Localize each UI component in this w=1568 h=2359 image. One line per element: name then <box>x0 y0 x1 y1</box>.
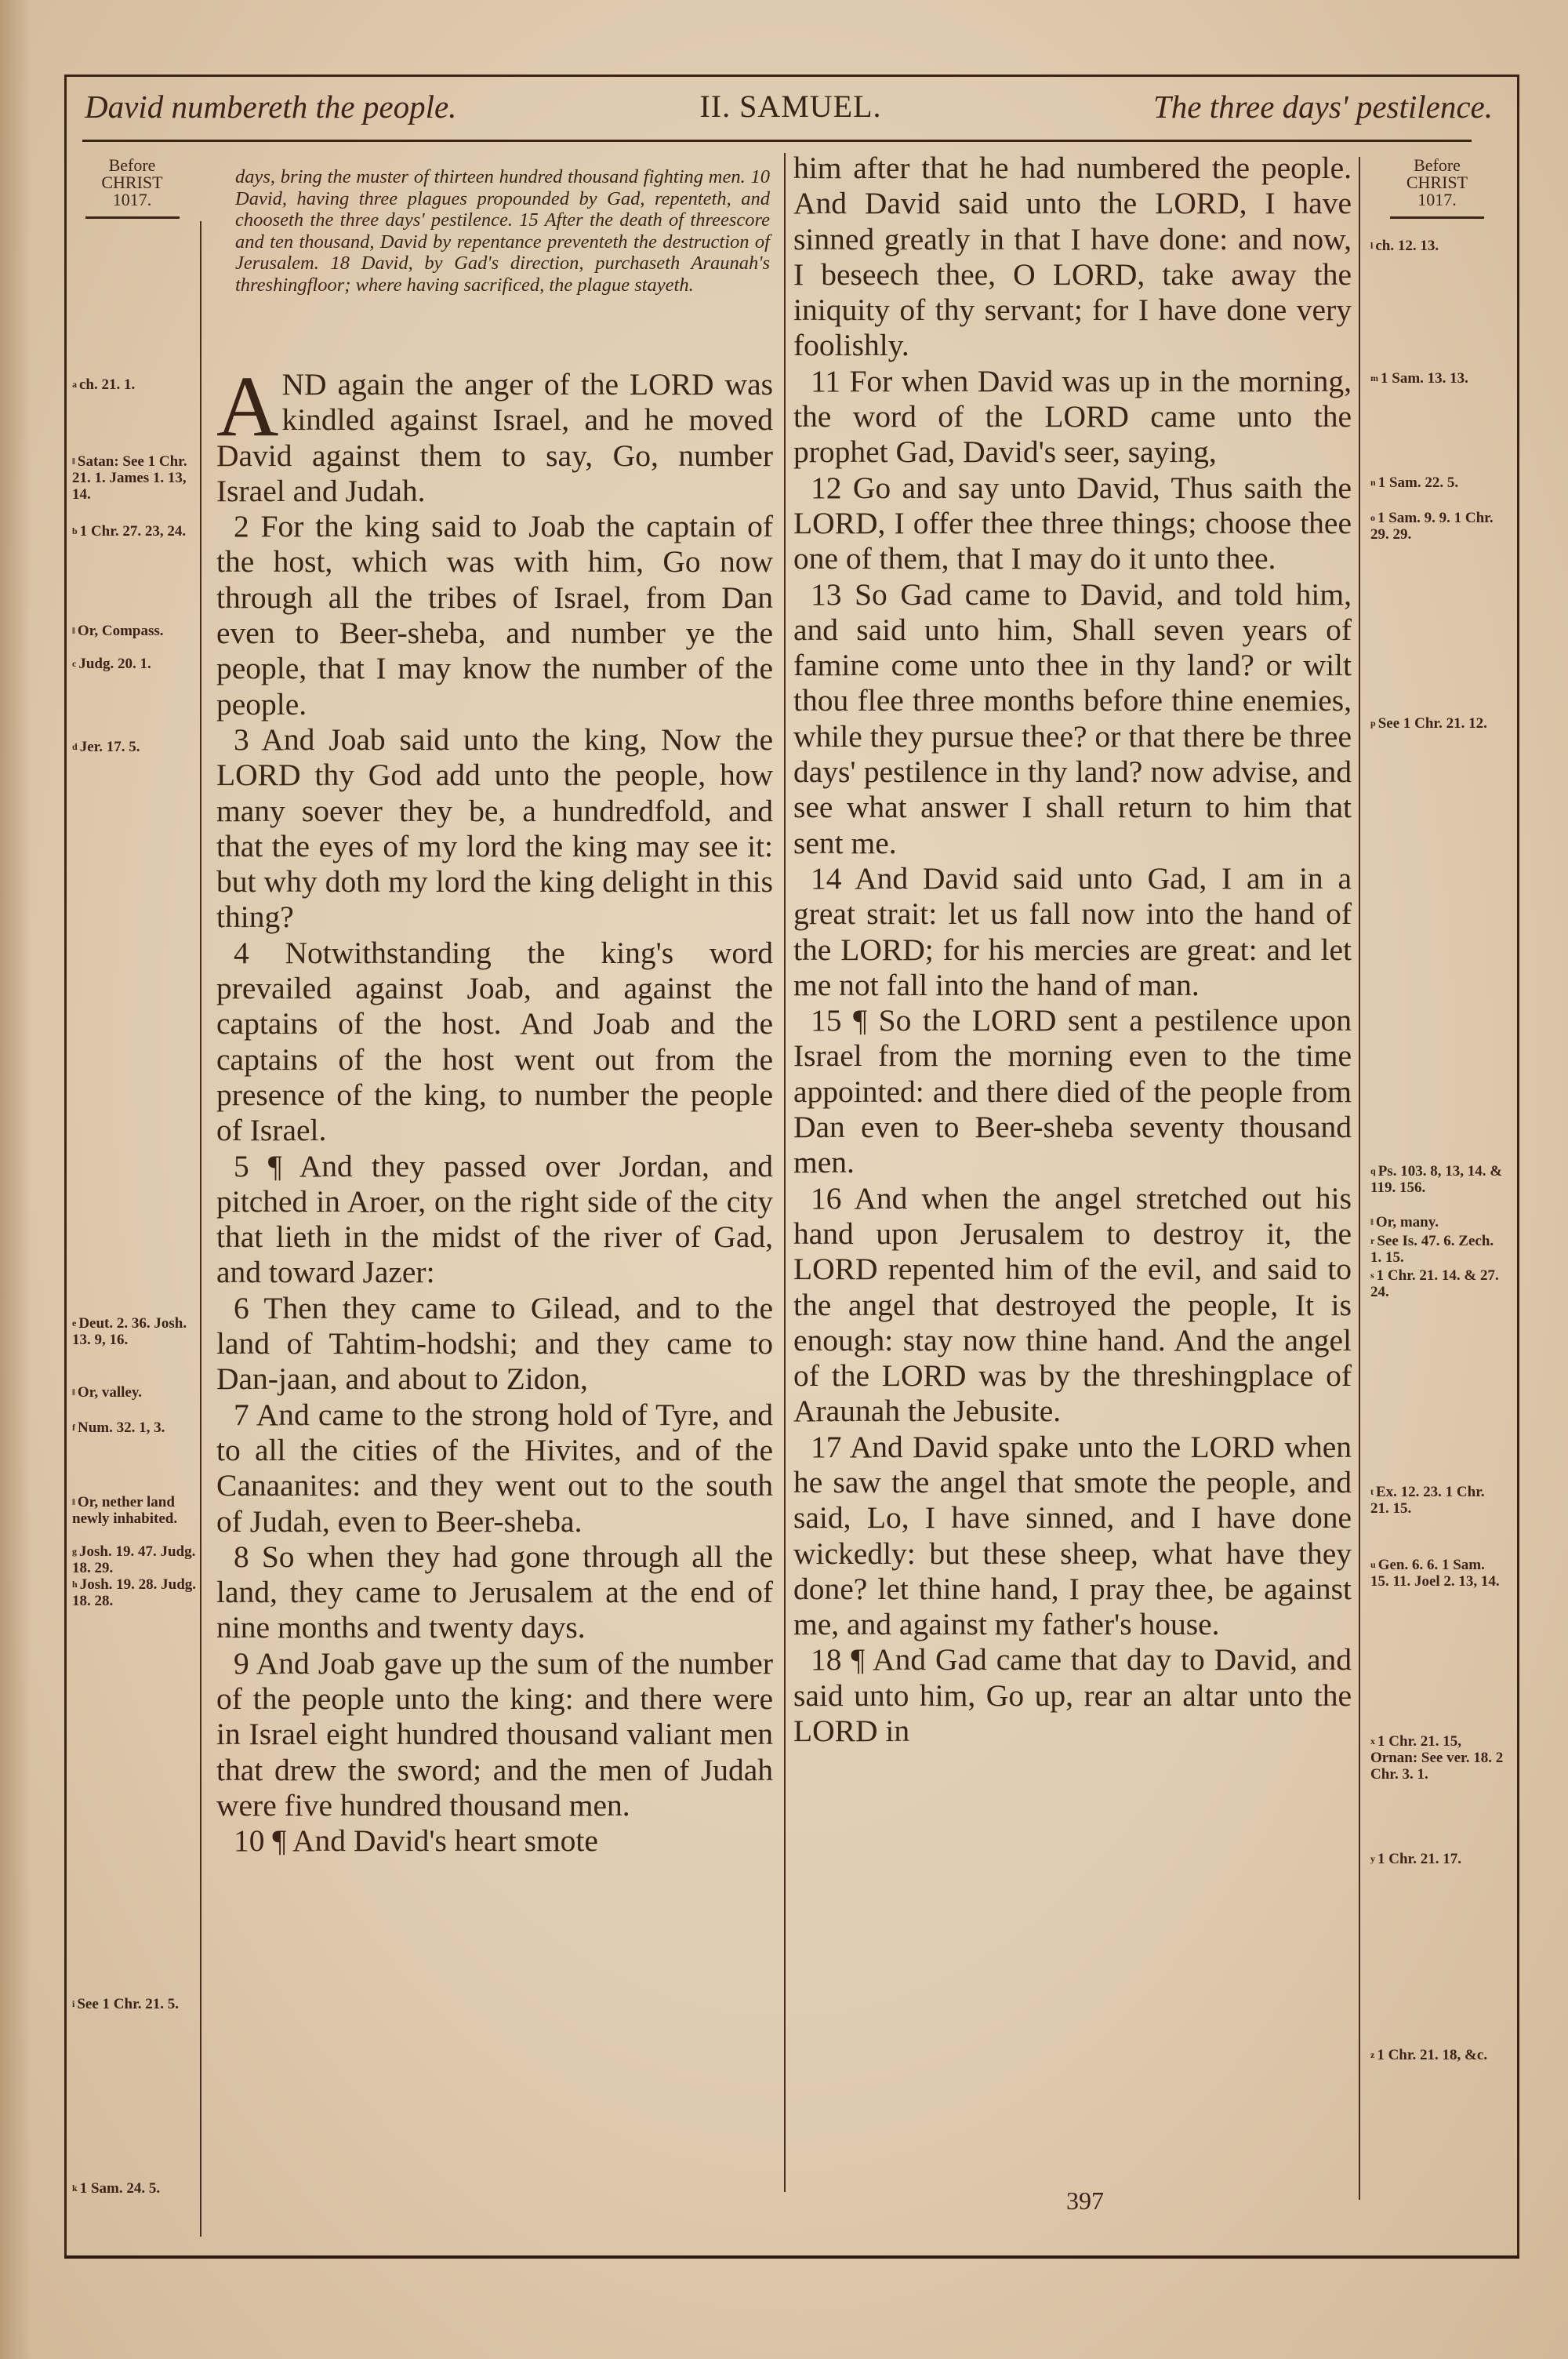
margin-ref: fNum. 32. 1, 3. <box>64 1419 205 1436</box>
margin-ref: ‖Or, Compass. <box>64 623 205 639</box>
center-column-divider <box>784 153 786 2192</box>
era-christ: CHRIST <box>64 174 200 191</box>
verse-15: 15 ¶ So the LORD sent a pestilence upon … <box>793 1003 1352 1180</box>
margin-ref: s1 Chr. 21. 14. & 27. 24. <box>1363 1267 1504 1300</box>
page-number: 397 <box>1066 2186 1104 2215</box>
margin-ref: hJosh. 19. 28. Judg. 18. 28. <box>64 1576 205 1609</box>
margin-ref: dJer. 17. 5. <box>64 739 205 755</box>
running-header: David numbereth the people. II. SAMUEL. … <box>67 77 1515 140</box>
margin-ref: n1 Sam. 22. 5. <box>1363 474 1504 491</box>
header-rule <box>82 140 1472 142</box>
verse-1: AND again the anger of the LORD was kind… <box>216 367 773 509</box>
margin-ref: ach. 21. 1. <box>64 376 205 393</box>
margin-ref: pSee 1 Chr. 21. 12. <box>1363 715 1504 732</box>
margin-ref: gJosh. 19. 47. Judg. 18. 29. <box>64 1543 205 1576</box>
verse-18: 18 ¶ And Gad came that day to David, and… <box>793 1642 1352 1749</box>
margin-ref: b1 Chr. 27. 23, 24. <box>64 523 205 540</box>
left-margin-references: Before CHRIST 1017. ach. 21. 1. ‖Satan: … <box>64 157 200 2243</box>
verse-2: 2 For the king said to Joab the captain … <box>216 509 773 722</box>
margin-ref: cJudg. 20. 1. <box>64 656 205 672</box>
margin-ref: eDeut. 2. 36. Josh. 13. 9, 16. <box>64 1315 205 1348</box>
right-text-column: him after that he had numbered the peopl… <box>793 151 1352 1749</box>
margin-ref: tEx. 12. 23. 1 Chr. 21. 15. <box>1363 1484 1504 1517</box>
verse-16: 16 And when the angel stretched out his … <box>793 1181 1352 1430</box>
era-rule <box>85 216 180 219</box>
margin-ref: ‖Or, nether land newly inhabited. <box>64 1494 205 1527</box>
margin-ref: z1 Chr. 21. 18, &c. <box>1363 2047 1504 2063</box>
verse-7: 7 And came to the strong hold of Tyre, a… <box>216 1398 773 1539</box>
margin-ref: qPs. 103. 8, 13, 14. & 119. 156. <box>1363 1163 1504 1196</box>
margin-ref: lch. 12. 13. <box>1363 238 1504 254</box>
right-margin-divider <box>1359 157 1360 2200</box>
era-note-right: Before CHRIST 1017. <box>1363 157 1512 219</box>
verse-5: 5 ¶ And they passed over Jordan, and pit… <box>216 1149 773 1291</box>
margin-ref: m1 Sam. 13. 13. <box>1363 370 1504 387</box>
margin-ref: uGen. 6. 6. 1 Sam. 15. 11. Joel 2. 13, 1… <box>1363 1557 1504 1590</box>
verse-17: 17 And David spake unto the LORD when he… <box>793 1430 1352 1643</box>
verse-14: 14 And David said unto Gad, I am in a gr… <box>793 861 1352 1003</box>
verse-13: 13 So Gad came to David, and told him, a… <box>793 577 1352 861</box>
era-before: Before <box>64 157 200 174</box>
right-margin-references: Before CHRIST 1017. lch. 12. 13. m1 Sam.… <box>1363 157 1512 2243</box>
era-before: Before <box>1363 157 1512 174</box>
gutter-shadow <box>0 0 31 2359</box>
era-rule <box>1390 216 1484 219</box>
left-text-column: AND again the anger of the LORD was kind… <box>216 367 773 1859</box>
verse-3: 3 And Joab said unto the king, Now the L… <box>216 722 773 936</box>
chapter-summary: days, bring the muster of thirteen hundr… <box>235 166 770 296</box>
margin-ref: k1 Sam. 24. 5. <box>64 2180 205 2197</box>
header-right-title: The three days' pestilence. <box>1153 88 1493 125</box>
verse-10: 10 ¶ And David's heart smote <box>216 1823 773 1859</box>
era-year: 1017. <box>64 191 200 209</box>
margin-ref: iSee 1 Chr. 21. 5. <box>64 1996 205 2012</box>
era-christ: CHRIST <box>1363 174 1512 191</box>
margin-ref: y1 Chr. 21. 17. <box>1363 1851 1504 1867</box>
verse-11: 11 For when David was up in the morning,… <box>793 364 1352 471</box>
margin-ref: o1 Sam. 9. 9. 1 Chr. 29. 29. <box>1363 510 1504 543</box>
verse-8: 8 So when they had gone through all the … <box>216 1539 773 1646</box>
margin-ref: x1 Chr. 21. 15, Ornan: See ver. 18. 2 Ch… <box>1363 1733 1504 1783</box>
verse-6: 6 Then they came to Gilead, and to the l… <box>216 1291 773 1398</box>
verse-12: 12 Go and say unto David, Thus saith the… <box>793 471 1352 577</box>
verse-9: 9 And Joab gave up the sum of the number… <box>216 1646 773 1823</box>
era-year: 1017. <box>1363 191 1512 209</box>
bottom-rule <box>64 2255 1519 2259</box>
margin-ref: rSee Is. 47. 6. Zech. 1. 15. <box>1363 1233 1504 1266</box>
verse-4: 4 Notwithstanding the king's word prevai… <box>216 936 773 1149</box>
era-note-left: Before CHRIST 1017. <box>64 157 200 219</box>
margin-ref: ‖Or, valley. <box>64 1384 205 1401</box>
verse-10-continued: him after that he had numbered the peopl… <box>793 151 1352 364</box>
drop-cap: A <box>216 372 278 441</box>
margin-ref: ‖Or, many. <box>1363 1214 1504 1230</box>
margin-ref: ‖Satan: See 1 Chr. 21. 1. James 1. 13, 1… <box>64 453 205 503</box>
